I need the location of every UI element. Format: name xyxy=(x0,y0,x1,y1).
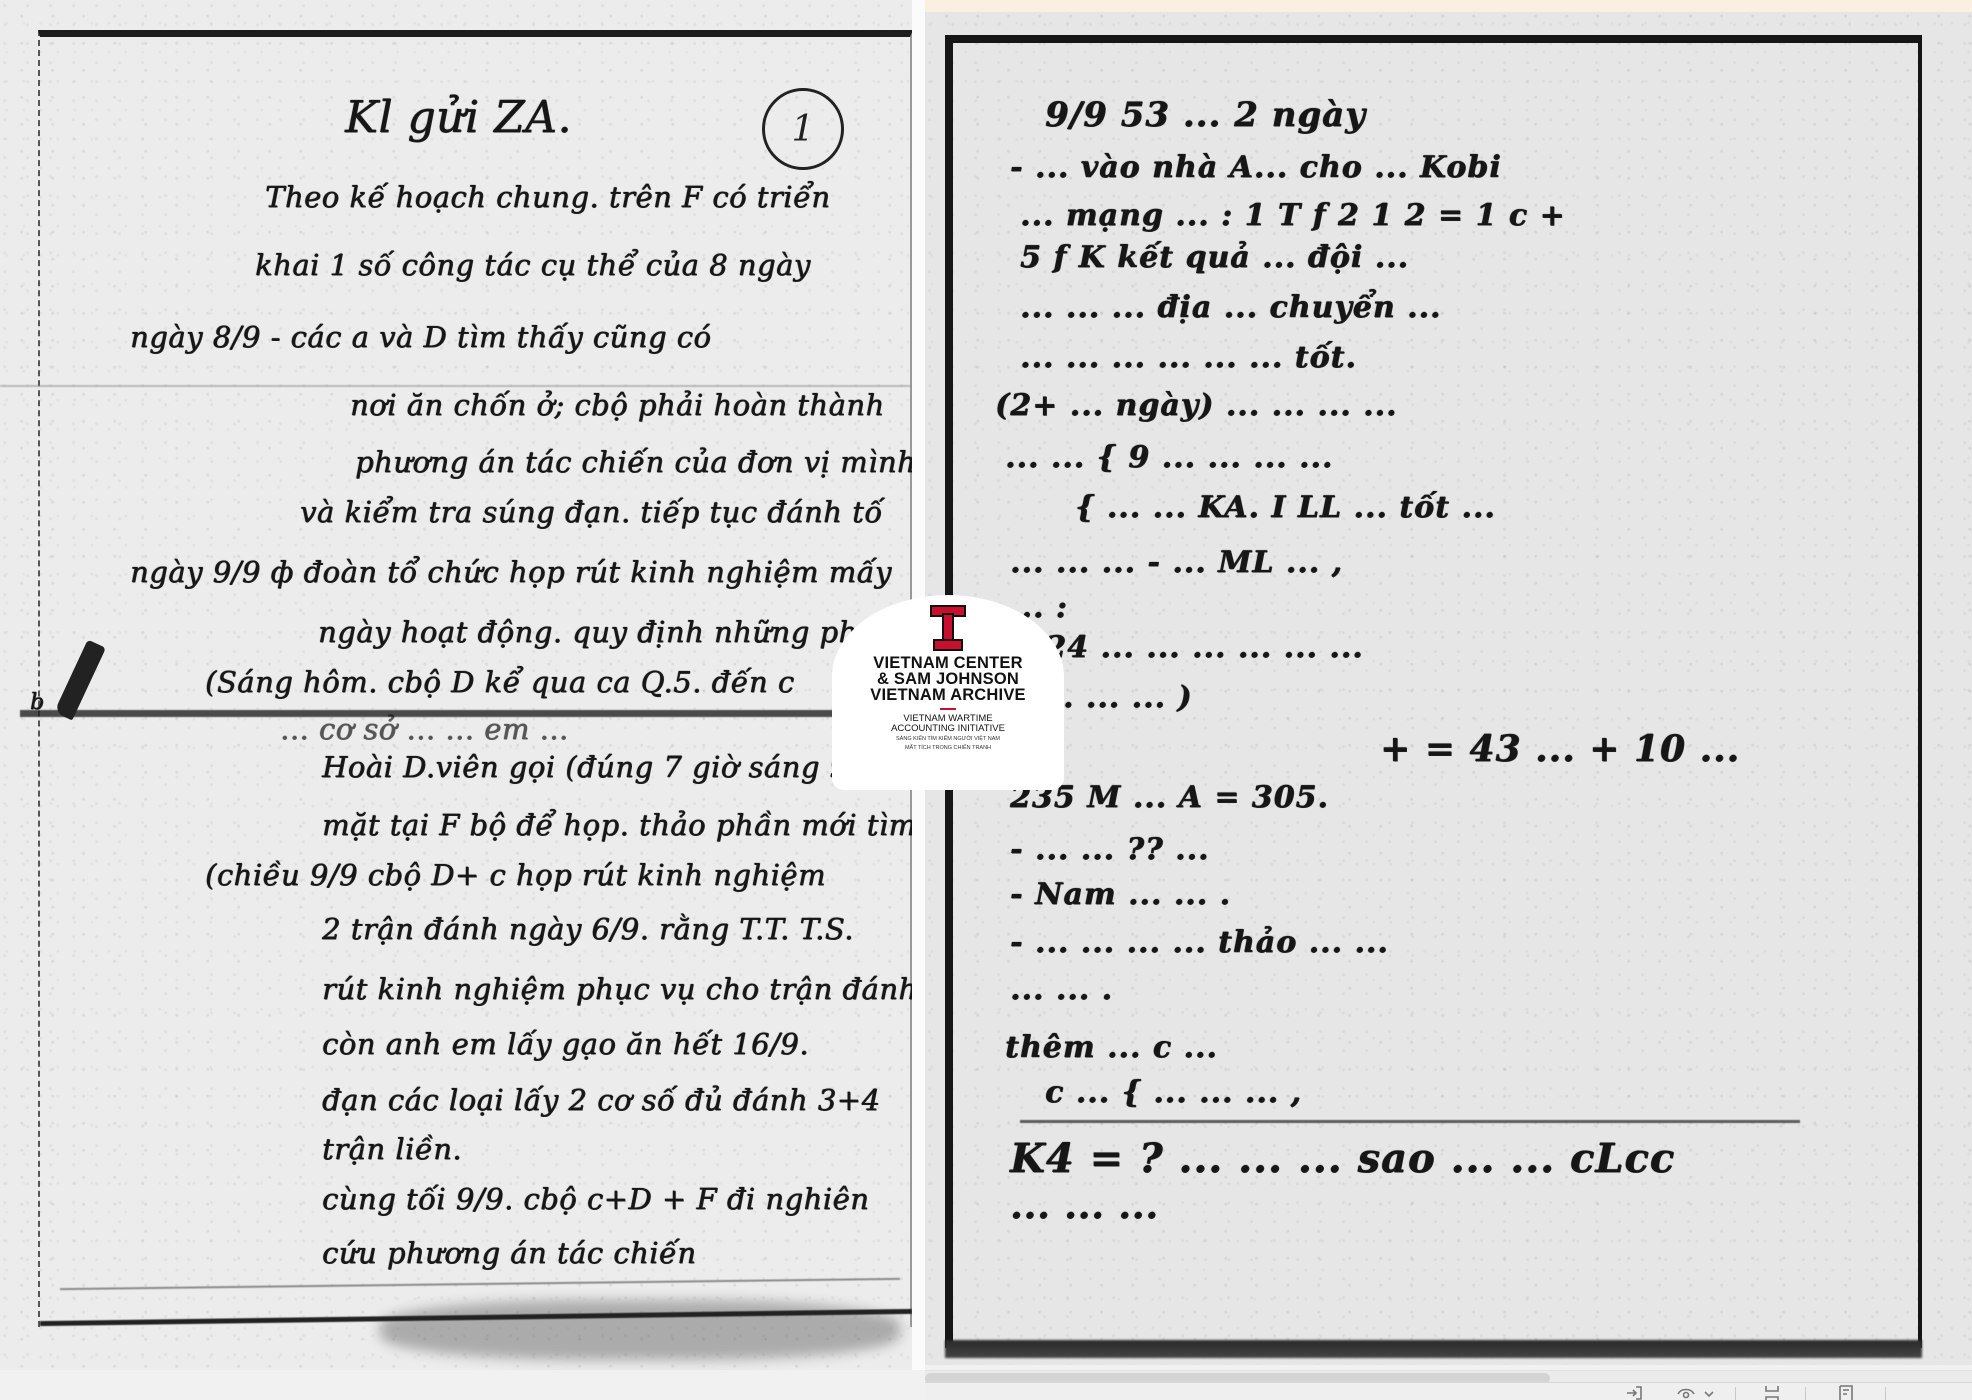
handwritten-line: cùng tối 9/9. cbộ c+D + F đi nghiên xyxy=(322,1182,869,1216)
document-viewer: b Kl gửi ZA. 1 Theo kế hoạch chung. trên… xyxy=(0,0,1972,1400)
handwritten-line: (chiều 9/9 cbộ D+ c họp rút kinh nghiệm xyxy=(205,858,826,892)
handwritten-line: + = 43 ... + 10 ... xyxy=(1380,728,1740,770)
scan-smudge xyxy=(380,1300,900,1360)
handwritten-line: ... cơ sở ... ... em ... xyxy=(280,712,569,746)
scanned-page-right: 9/9 53 ... 2 ngày - ... vào nhà A... cho… xyxy=(925,0,1972,1365)
handwritten-line: ngày hoạt động. quy định những phần đó xyxy=(318,615,912,649)
handwritten-line: cứu phương án tác chiến xyxy=(322,1236,696,1270)
toolbar-separator xyxy=(1805,1387,1806,1400)
handwritten-line: (2+ ... ngày) ... ... ... ... xyxy=(995,388,1397,423)
handwritten-line: - ... ... ... ... thảo ... ... xyxy=(1010,925,1389,960)
handwritten-line: (Sáng hôm. cbộ D kể qua ca Q.5. đến c xyxy=(205,665,795,699)
export-icon xyxy=(1625,1385,1643,1400)
fit-page-icon xyxy=(1763,1385,1781,1400)
handwritten-line: - ... ... ?? ... xyxy=(1010,832,1209,867)
handwritten-line: ngày 8/9 - các a và D tìm thấy cũng có xyxy=(130,320,711,354)
chevron-down-icon xyxy=(1700,1385,1718,1400)
handwritten-line: và kiểm tra súng đạn. tiếp tục đánh tố xyxy=(300,495,882,529)
scanned-page-left: b Kl gửi ZA. 1 Theo kế hoạch chung. trên… xyxy=(0,0,912,1370)
handwritten-line: 9/9 53 ... 2 ngày xyxy=(1045,95,1366,135)
viewer-toolbar xyxy=(925,1382,1972,1400)
watermark-vietnamese: MẤT TÍCH TRONG CHIẾN TRANH xyxy=(832,745,1064,752)
page-number-circle: 1 xyxy=(762,88,844,170)
handwritten-line: Theo kế hoạch chung. trên F có triển xyxy=(265,180,830,214)
handwritten-line: ngày 9/9 ф đoàn tổ chức họp rút kinh ngh… xyxy=(130,555,892,589)
page-edge-tint xyxy=(925,0,1972,12)
handwritten-line: (24 ... ... ... ... ... ... xyxy=(1030,630,1364,665)
fit-page-button[interactable] xyxy=(1763,1385,1781,1400)
handwritten-line: - Nam ... ... . xyxy=(1010,877,1231,912)
handwritten-line: nơi ăn chốn ở; cbộ phải hoàn thành xyxy=(350,388,885,422)
margin-mark: b xyxy=(30,690,45,715)
archive-watermark-logo: VIETNAM CENTER & SAM JOHNSON VIETNAM ARC… xyxy=(832,595,1064,790)
handwritten-line: ... ... ... ... ... ... tốt. xyxy=(1020,340,1357,375)
toolbar-separator xyxy=(1885,1387,1886,1400)
handwritten-line: 2 trận đánh ngày 6/9. rằng T.T. T.S. xyxy=(322,912,854,946)
watermark-org-name: VIETNAM CENTER xyxy=(832,655,1064,671)
handwritten-line: ... ... . xyxy=(1010,972,1113,1007)
watermark-divider xyxy=(940,708,956,710)
scan-faint-line xyxy=(0,385,912,387)
handwritten-line: thêm ... c ... xyxy=(1005,1030,1218,1065)
handwritten-line: còn anh em lấy gạo ăn hết 16/9. xyxy=(322,1027,809,1061)
handwritten-line: trận liền. xyxy=(322,1132,462,1166)
watermark-initiative: ACCOUNTING INITIATIVE xyxy=(832,724,1064,734)
handwritten-line: Hoài D.viên gọi (đúng 7 giờ sáng 9/9 xyxy=(322,750,878,784)
document-icon xyxy=(1837,1385,1855,1400)
handwritten-line: { ... ... KA. I LL ... tốt ... xyxy=(1075,490,1496,525)
view-button[interactable] xyxy=(1677,1385,1695,1400)
handwritten-line: ... ... ... địa ... chuyển ... xyxy=(1020,290,1441,325)
handwritten-line: - ... vào nhà A... cho ... Kobi xyxy=(1010,150,1502,185)
handwritten-line: ... ... { 9 ... ... ... ... xyxy=(1005,440,1333,475)
handwritten-line: ... mạng ... : 1 T f 2 1 2 = 1 c + xyxy=(1020,198,1566,233)
handwritten-line: rút kinh nghiệm phục vụ cho trận đánh 6/… xyxy=(322,972,912,1006)
handwritten-line: c ... { ... ... ... , xyxy=(1045,1075,1302,1110)
watermark-org-name: VIETNAM ARCHIVE xyxy=(832,687,1064,703)
toolbar-separator xyxy=(1735,1387,1736,1400)
texas-tech-logo-icon xyxy=(930,605,966,651)
watermark-org-name: & SAM JOHNSON xyxy=(832,671,1064,687)
document-button[interactable] xyxy=(1837,1385,1855,1400)
handwritten-line: ... ... ... - ... ML ... , xyxy=(1010,545,1343,580)
handwritten-line: 5 f K kết quả ... đội ... xyxy=(1020,240,1409,275)
export-button[interactable] xyxy=(1625,1385,1643,1400)
handwritten-line: ... ... ... xyxy=(1010,1185,1159,1227)
handwritten-line: mặt tại F bộ để họp. thảo phần mới tìm) xyxy=(322,808,912,842)
handwritten-line: khai 1 số công tác cụ thể của 8 ngày xyxy=(255,248,811,282)
underline-rule xyxy=(1020,1120,1800,1123)
page-title: Kl gửi ZA. xyxy=(345,92,572,143)
view-options-dropdown[interactable] xyxy=(1700,1385,1718,1400)
handwritten-line: đạn các loại lấy 2 cơ số đủ đánh 3+4 xyxy=(322,1083,880,1117)
handwritten-line: K4 = ? ... ... ... sao ... ... cLcc xyxy=(1010,1135,1675,1182)
page-number: 1 xyxy=(792,109,815,150)
eye-icon xyxy=(1677,1385,1695,1400)
handwritten-line: phương án tác chiến của đơn vị mình xyxy=(355,445,912,479)
watermark-vietnamese: SÁNG KIẾN TÌM KIẾM NGƯỜI VIỆT NAM xyxy=(832,736,1064,743)
